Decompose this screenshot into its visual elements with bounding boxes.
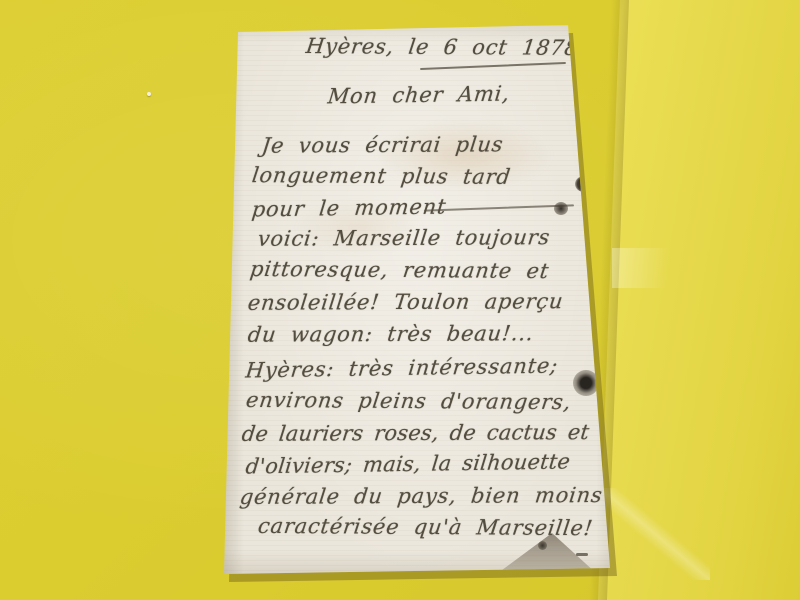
folder-right-flap: [596, 0, 800, 600]
date-underline-flourish: [420, 62, 566, 70]
handwriting-line: voici: Marseille toujours: [256, 225, 551, 251]
salutation: Mon cher Ami,: [327, 82, 512, 109]
ink-dash-mark: [576, 553, 588, 556]
handwriting-line: Je vous écrirai plus: [261, 132, 505, 157]
handwriting-line: Hyères: très intéressante;: [244, 354, 559, 383]
handwriting-line: de lauriers roses, de cactus et: [240, 420, 590, 446]
handwriting-line: du wagon: très beau!...: [246, 321, 535, 346]
handwriting-line: longuement plus tard: [251, 163, 513, 189]
handwriting-line: ensoleillée! Toulon aperçu: [246, 289, 564, 315]
handwriting-line: générale du pays, bien moins: [238, 483, 604, 509]
dateline: Hyères, le 6 oct 1878.: [305, 34, 588, 60]
handwriting-line: d'oliviers; mais, la silhouette: [244, 449, 571, 478]
handwriting-line: caractérisée qu'à Marseille!: [257, 514, 595, 540]
ink-dot: [538, 541, 547, 550]
letter-paper: Hyères, le 6 oct 1878. Mon cher Ami, Je …: [224, 25, 610, 574]
photo-of-letter: Hyères, le 6 oct 1878. Mon cher Ami, Je …: [0, 0, 800, 600]
handwriting-line: environs pleins d'orangers,: [245, 388, 573, 414]
handwriting-line: pittoresque, remuante et: [249, 257, 551, 283]
ink-blot: [554, 202, 568, 215]
handwriting-line: pour le moment: [251, 194, 448, 221]
dust-speck: [147, 92, 151, 96]
